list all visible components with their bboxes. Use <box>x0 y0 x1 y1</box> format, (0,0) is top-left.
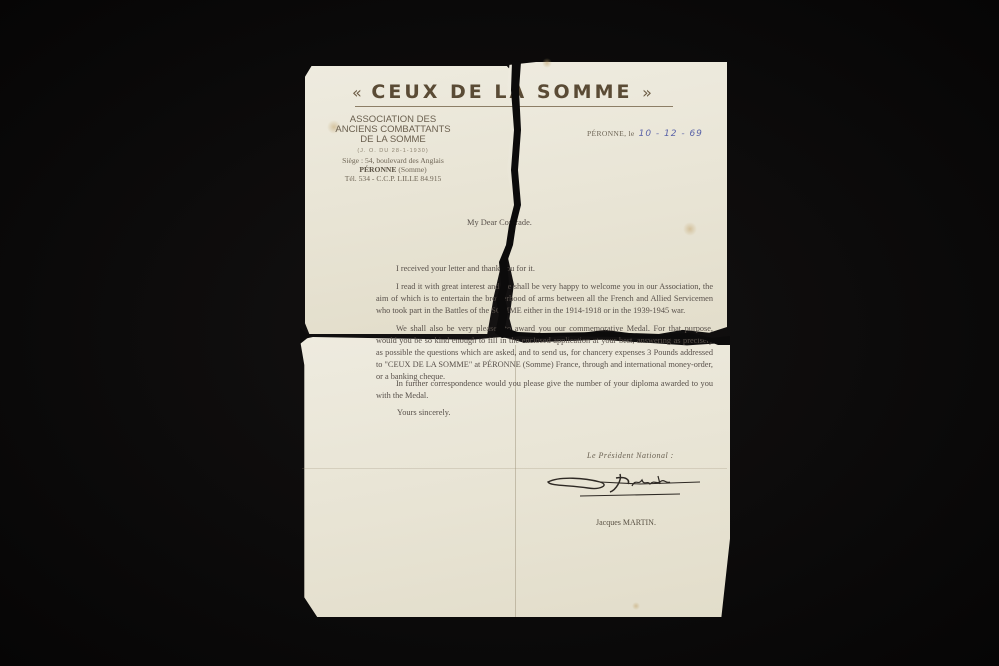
stain <box>632 602 640 610</box>
title-open-quote: « <box>352 83 362 102</box>
title-text: CEUX DE LA SOMME <box>371 81 632 103</box>
signature <box>540 470 710 506</box>
title-underline <box>355 106 673 107</box>
paragraph-1: I received your letter and thank you for… <box>376 263 713 275</box>
title-close-quote: » <box>642 83 652 102</box>
date-label: PÉRONNE, le <box>587 129 635 138</box>
paragraph-2: I read it with great interest and we sha… <box>376 281 713 317</box>
photo-stage: « CEUX DE LA SOMME » ASSOCIATION DES ANC… <box>0 0 999 666</box>
org-registration: (J. O. DU 28-1-1930) <box>318 146 468 157</box>
org-city-region: (Somme) <box>398 165 426 174</box>
date-handwritten: 10 - 12 - 69 <box>639 129 703 139</box>
date-line: PÉRONNE, le 10 - 12 - 69 <box>587 123 703 141</box>
salutation: My Dear Comrade. <box>467 217 532 229</box>
closing: Yours sincerely. <box>397 407 451 419</box>
org-city-name: PÉRONNE <box>359 165 396 174</box>
paragraph-4: In further correspondence would you plea… <box>376 378 713 402</box>
org-name-line3: DE LA SOMME <box>318 135 468 146</box>
signatory-name: Jacques MARTIN. <box>596 518 656 527</box>
stain <box>542 58 552 68</box>
fold-crease-horizontal <box>302 468 727 469</box>
signatory-title: Le Président National : <box>587 451 674 460</box>
org-phone: Tél. 534 - C.C.P. LILLE 84.915 <box>318 174 468 185</box>
letterhead-title: « CEUX DE LA SOMME » <box>352 81 652 103</box>
stain <box>683 222 697 236</box>
paragraph-3: We shall also be very pleased to award y… <box>376 323 713 383</box>
